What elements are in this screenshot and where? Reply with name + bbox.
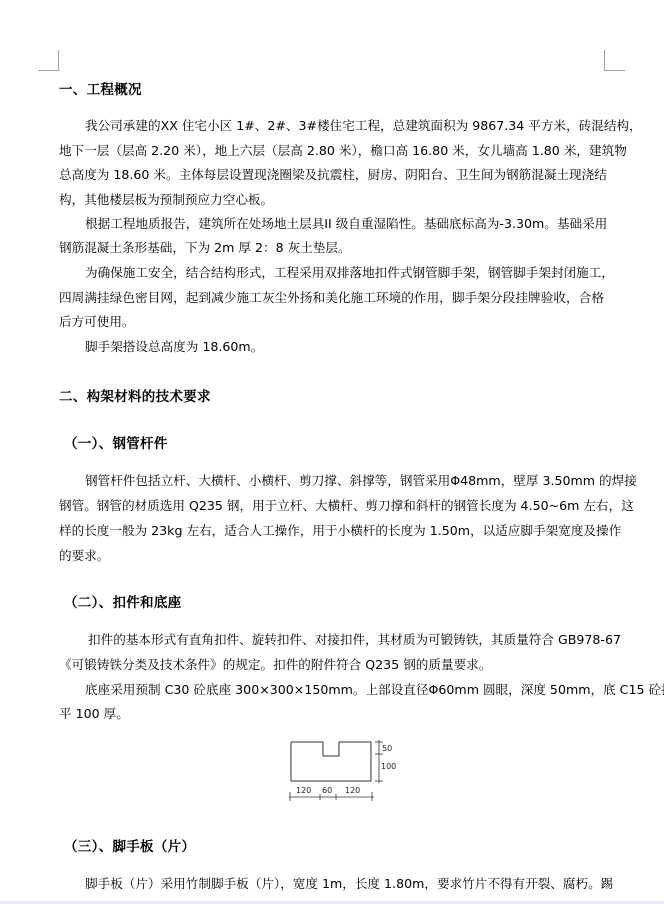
paragraph-line: 底座采用预制 C30 砼底座 300×300×150mm。上部设直径Φ60mm … — [85, 681, 604, 699]
dimension-label: 100 — [381, 762, 396, 771]
paragraph-line: 钢筋混凝土条形基础，下为 2m 厚 2：8 灰土垫层。 — [59, 239, 604, 257]
paragraph-line: 《可锻铸铁分类及技术条件》的规定。扣件的附件符合 Q235 钢的质量要求。 — [59, 656, 604, 674]
dimension-label: 50 — [382, 744, 392, 753]
dimension-label: 120 — [345, 786, 360, 795]
paragraph-line: 四周满挂绿色密目网，起到减少施工灰尘外扬和美化施工环境的作用，脚手架分段挂牌验收… — [59, 289, 604, 307]
subsection-heading-couplers-bases: （二）、扣件和底座 — [64, 591, 181, 611]
paragraph-line: 脚手板（片）采用竹制脚手板（片），宽度 1m，长度 1.80m，要求竹片不得有开… — [85, 875, 604, 893]
paragraph-line: 后方可使用。 — [59, 313, 604, 331]
paragraph-line: 总高度为 18.60 米。主体每层设置现浇圈梁及抗震柱，厨房、阴阳台、卫生间为钢… — [59, 166, 604, 184]
dimension-label: 120 — [296, 786, 311, 795]
subsection-heading-scaffold-boards: （三）、脚手板（片） — [64, 835, 195, 855]
paragraph-line: 样的长度一般为 23kg 左右，适合人工操作，用于小横杆的长度为 1.50m，以… — [59, 522, 604, 540]
paragraph-line: 构，其他楼层板为预制预应力空心板。 — [59, 191, 604, 209]
section-heading-overview: 一、工程概况 — [59, 78, 142, 98]
subsection-heading-steel-pipes: （一）、钢管杆件 — [64, 432, 168, 452]
paragraph-line: 钢管。钢管的材质选用 Q235 钢，用于立杆、大横杆、剪刀撑和斜杆的钢管长度为 … — [59, 497, 604, 515]
paragraph-line: 我公司承建的XX 住宅小区 1#、2#、3#楼住宅工程，总建筑面积为 9867.… — [85, 117, 604, 135]
paragraph-line: 的要求。 — [59, 547, 604, 565]
page-corner-mark-top-right — [604, 50, 625, 71]
base-dimension-figure: 120 60 120 50 100 — [289, 738, 389, 800]
paragraph-line: 平 100 厚。 — [59, 705, 604, 723]
section-heading-materials: 二、构架材料的技术要求 — [59, 385, 211, 405]
paragraph-line: 为确保施工安全，结合结构形式，工程采用双排落地扣件式钢管脚手架，钢管脚手架封闭施… — [85, 264, 604, 282]
paragraph-line: 脚手架搭设总高度为 18.60m。 — [85, 338, 604, 356]
dimension-label: 60 — [322, 786, 332, 795]
page-corner-mark-top-left — [38, 50, 59, 71]
paragraph-line: 地下一层（层高 2.20 米），地上六层（层高 2.80 米），檐口高 16.8… — [59, 142, 604, 160]
paragraph-line: 扣件的基本形式有直角扣件、旋转扣件、对接扣件，其材质为可锻铸铁，其质量符合 GB… — [88, 631, 604, 649]
paragraph-line: 钢管杆件包括立杆、大横杆、小横杆、剪刀撑、斜撑等，钢管采用Φ48mm，壁厚 3.… — [85, 472, 604, 490]
paragraph-line: 根据工程地质报告，建筑所在处场地土层具II 级自重湿陷性。基础底标高为-3.30… — [85, 215, 604, 233]
